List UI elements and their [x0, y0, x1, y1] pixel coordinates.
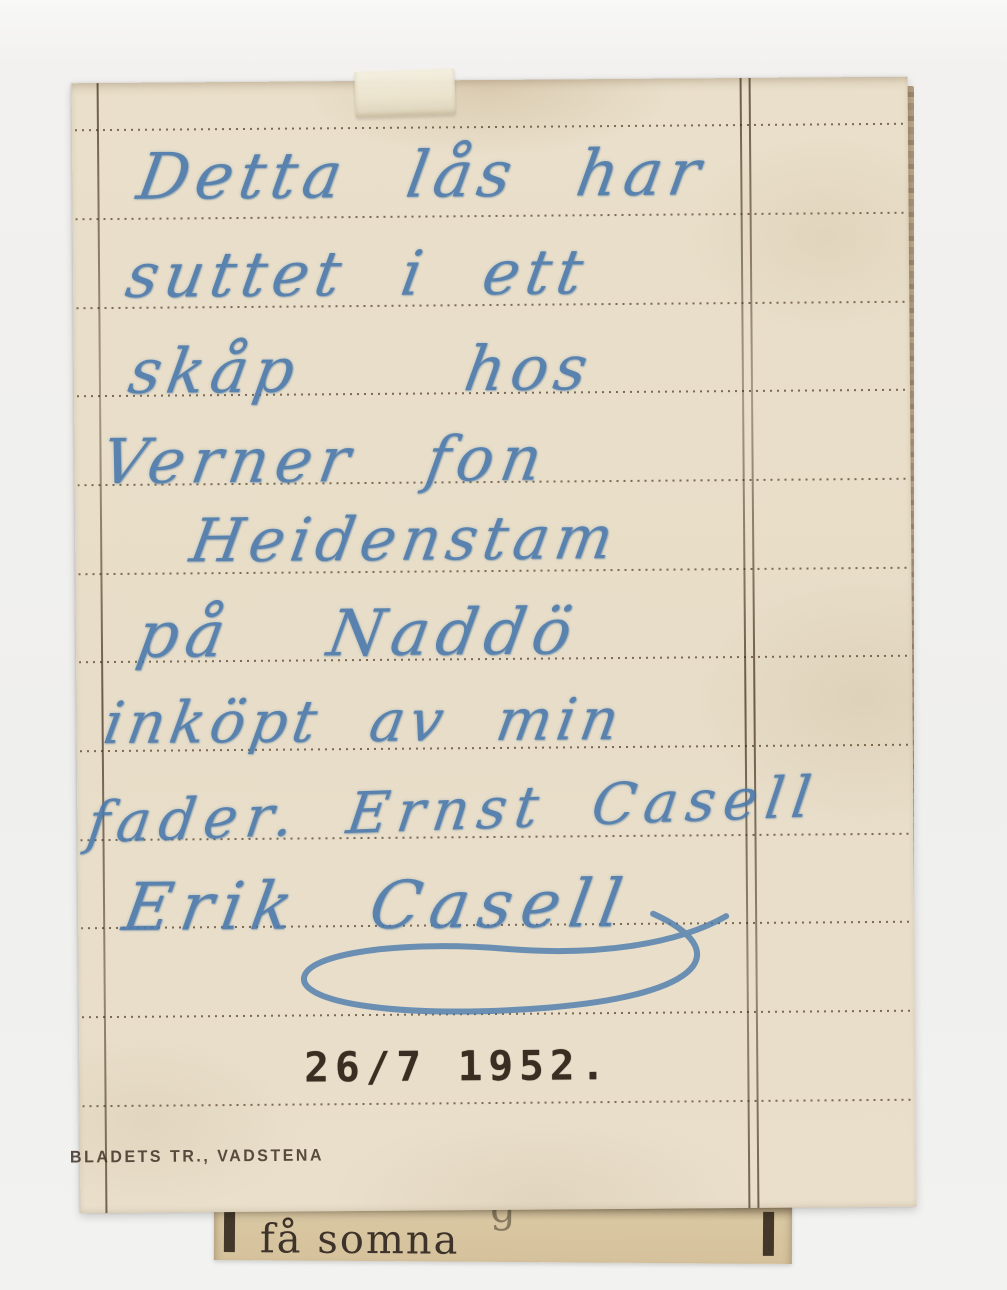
- left-margin-line: [97, 83, 107, 1213]
- handwriting-line: skåp hos: [124, 331, 599, 408]
- handwriting-line: fader. Ernst Casell: [83, 764, 823, 856]
- clipping-column-rule-left: [224, 1208, 235, 1252]
- handwriting-line: Verner fon: [96, 422, 554, 499]
- handwriting-line: på Naddö: [132, 595, 585, 673]
- handwriting-line: Heidenstam: [185, 503, 624, 576]
- ruled-line: [75, 123, 905, 132]
- adhesive-tape: [354, 68, 456, 117]
- clipping-column-rule-right: [763, 1212, 774, 1256]
- note-paper: Detta lås har suttet i ett skåp hos Vern…: [72, 77, 917, 1214]
- handwriting-line: suttet i ett: [121, 235, 594, 312]
- printer-imprint: BLADETS TR., VADSTENA: [70, 1147, 324, 1168]
- column-rule-line: [749, 78, 759, 1208]
- handwriting-line: Erik Casell: [118, 865, 637, 946]
- clipping-text: få somna: [260, 1216, 460, 1263]
- handwriting-line: inköpt av min: [99, 685, 629, 757]
- ruled-line: [82, 1010, 912, 1019]
- column-rule-line: [740, 78, 750, 1208]
- date-stamp: 26/7 1952.: [304, 1041, 611, 1091]
- photo-background: Detta lås har suttet i ett skåp hos Vern…: [0, 0, 1007, 1290]
- ruled-line: [83, 1099, 913, 1108]
- handwriting-line: Detta lås har: [132, 136, 711, 215]
